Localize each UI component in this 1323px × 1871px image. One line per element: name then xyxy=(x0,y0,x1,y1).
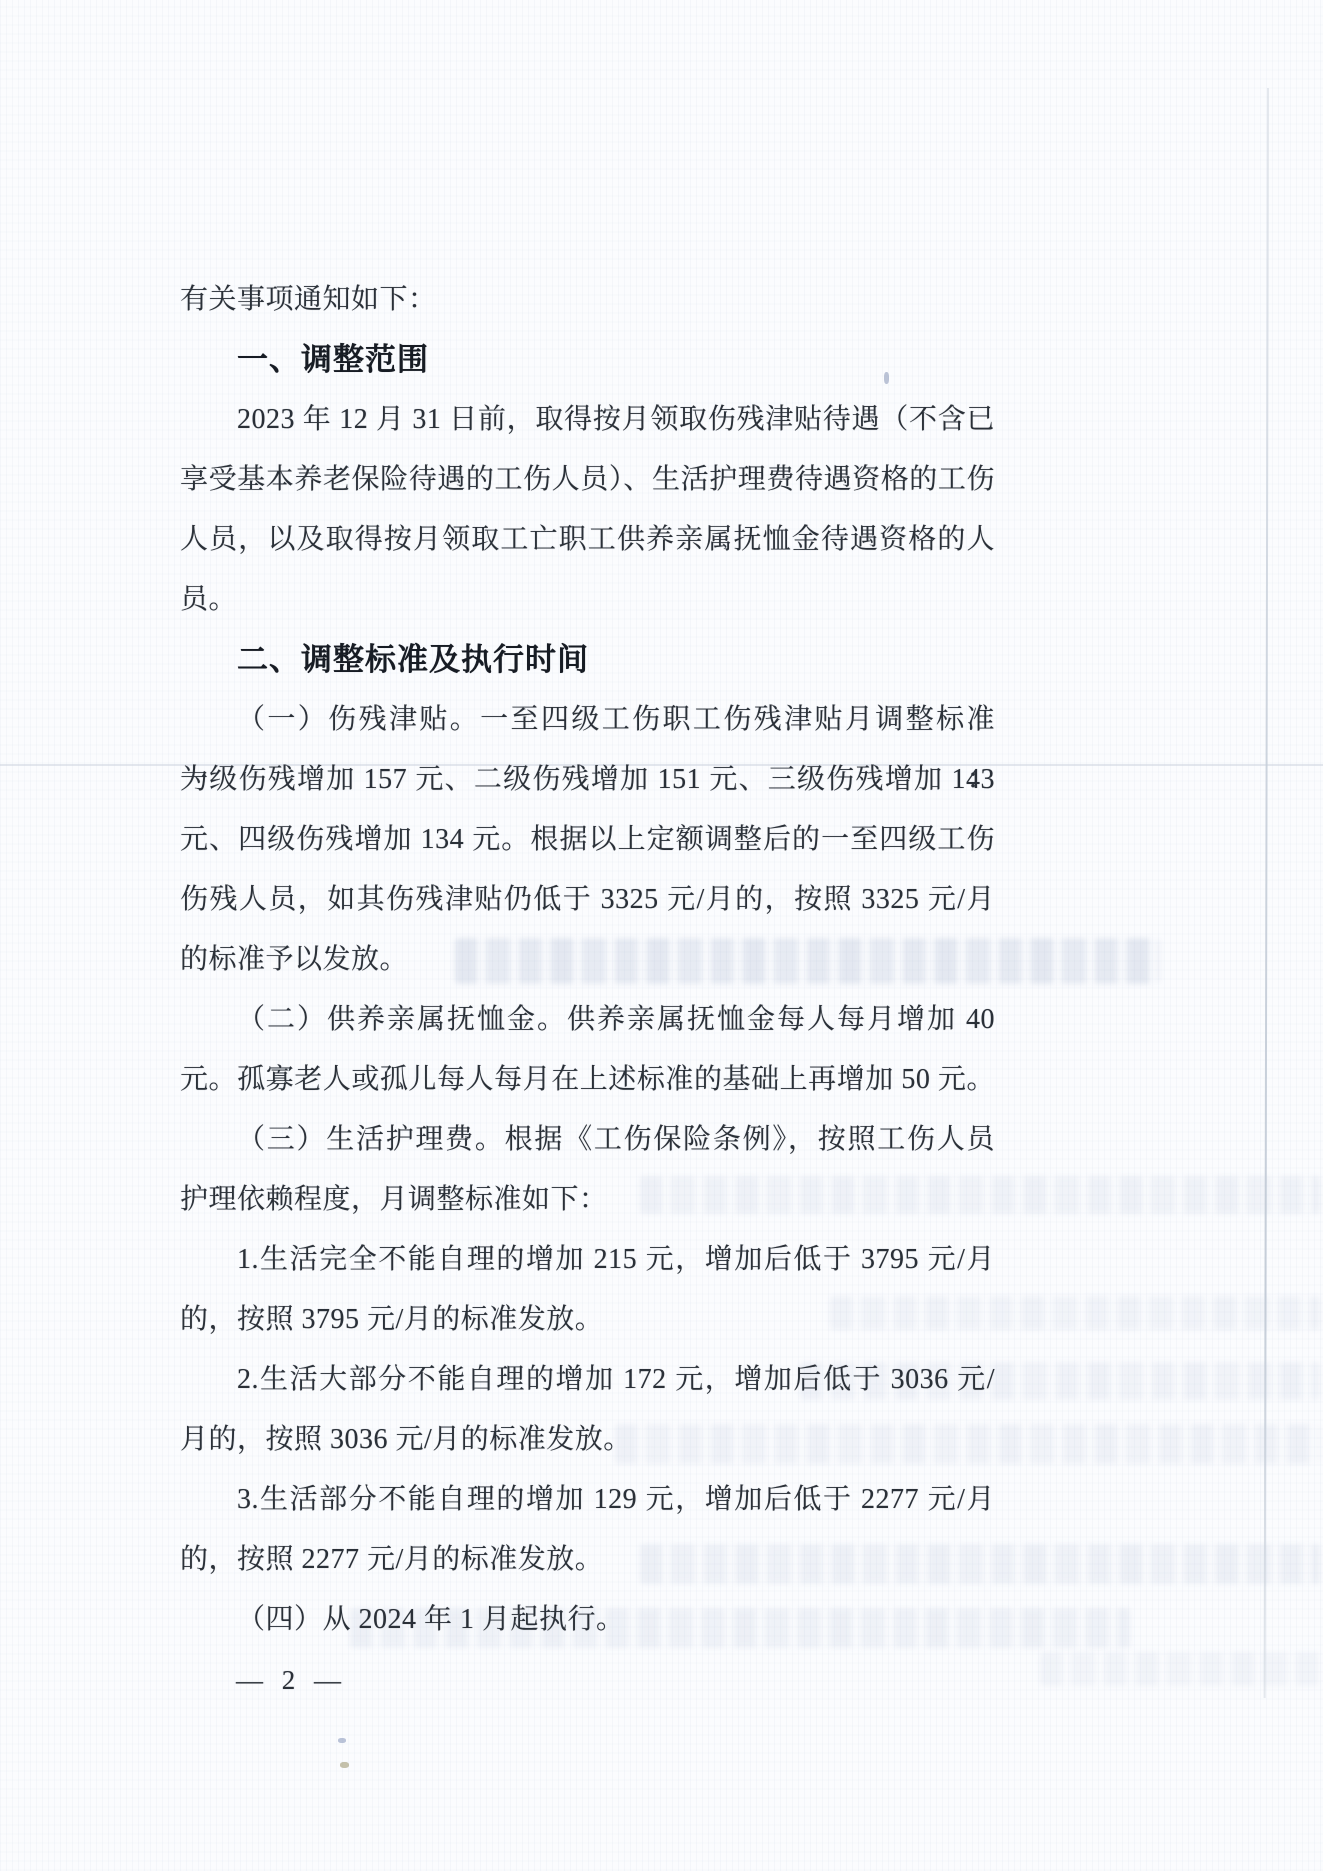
ink-speck xyxy=(340,1762,349,1768)
bleed-through-artifact xyxy=(1040,1652,1320,1686)
text-line: （二）供养亲属抚恤金。供养亲属抚恤金每人每月增加 40 xyxy=(180,990,995,1050)
text-line: 一级伤残增加 157 元、二级伤残增加 151 元、三级伤残增加 143 xyxy=(180,750,995,810)
text-line: 员。 xyxy=(180,570,995,630)
section-heading: 二、调整标准及执行时间 xyxy=(180,630,995,690)
text-line: 有关事项通知如下： xyxy=(180,270,995,330)
text-line: 1.生活完全不能自理的增加 215 元，增加后低于 3795 元/月 xyxy=(180,1230,995,1290)
document-body: 有关事项通知如下：一、调整范围2023 年 12 月 31 日前，取得按月领取伤… xyxy=(180,270,995,1650)
text-line: （一）伤残津贴。一至四级工伤职工伤残津贴月调整标准为： xyxy=(180,690,995,750)
text-line: 月的，按照 3036 元/月的标准发放。 xyxy=(180,1410,995,1470)
vertical-fold-line xyxy=(1264,88,1269,1698)
text-line: 伤残人员，如其伤残津贴仍低于 3325 元/月的，按照 3325 元/月 xyxy=(180,870,995,930)
text-line: （三）生活护理费。根据《工伤保险条例》，按照工伤人员 xyxy=(180,1110,995,1170)
ink-speck xyxy=(338,1738,346,1743)
text-line: 2023 年 12 月 31 日前，取得按月领取伤残津贴待遇（不含已 xyxy=(180,390,995,450)
text-line: 元。孤寡老人或孤儿每人每月在上述标准的基础上再增加 50 元。 xyxy=(180,1050,995,1110)
text-line: 元、四级伤残增加 134 元。根据以上定额调整后的一至四级工伤 xyxy=(180,810,995,870)
text-line: 2.生活大部分不能自理的增加 172 元，增加后低于 3036 元/ xyxy=(180,1350,995,1410)
page-number: — 2 — xyxy=(236,1656,347,1704)
text-line: 护理依赖程度，月调整标准如下： xyxy=(180,1170,995,1230)
text-line: 人员，以及取得按月领取工亡职工供养亲属抚恤金待遇资格的人 xyxy=(180,510,995,570)
text-line: 的，按照 2277 元/月的标准发放。 xyxy=(180,1530,995,1590)
text-line: 的，按照 3795 元/月的标准发放。 xyxy=(180,1290,995,1350)
text-line: 享受基本养老保险待遇的工伤人员）、生活护理费待遇资格的工伤 xyxy=(180,450,995,510)
scanned-document-page: 有关事项通知如下：一、调整范围2023 年 12 月 31 日前，取得按月领取伤… xyxy=(0,0,1323,1871)
text-line: （四）从 2024 年 1 月起执行。 xyxy=(180,1590,995,1650)
text-line: 的标准予以发放。 xyxy=(180,930,995,990)
text-line: 3.生活部分不能自理的增加 129 元，增加后低于 2277 元/月 xyxy=(180,1470,995,1530)
section-heading: 一、调整范围 xyxy=(180,330,995,390)
